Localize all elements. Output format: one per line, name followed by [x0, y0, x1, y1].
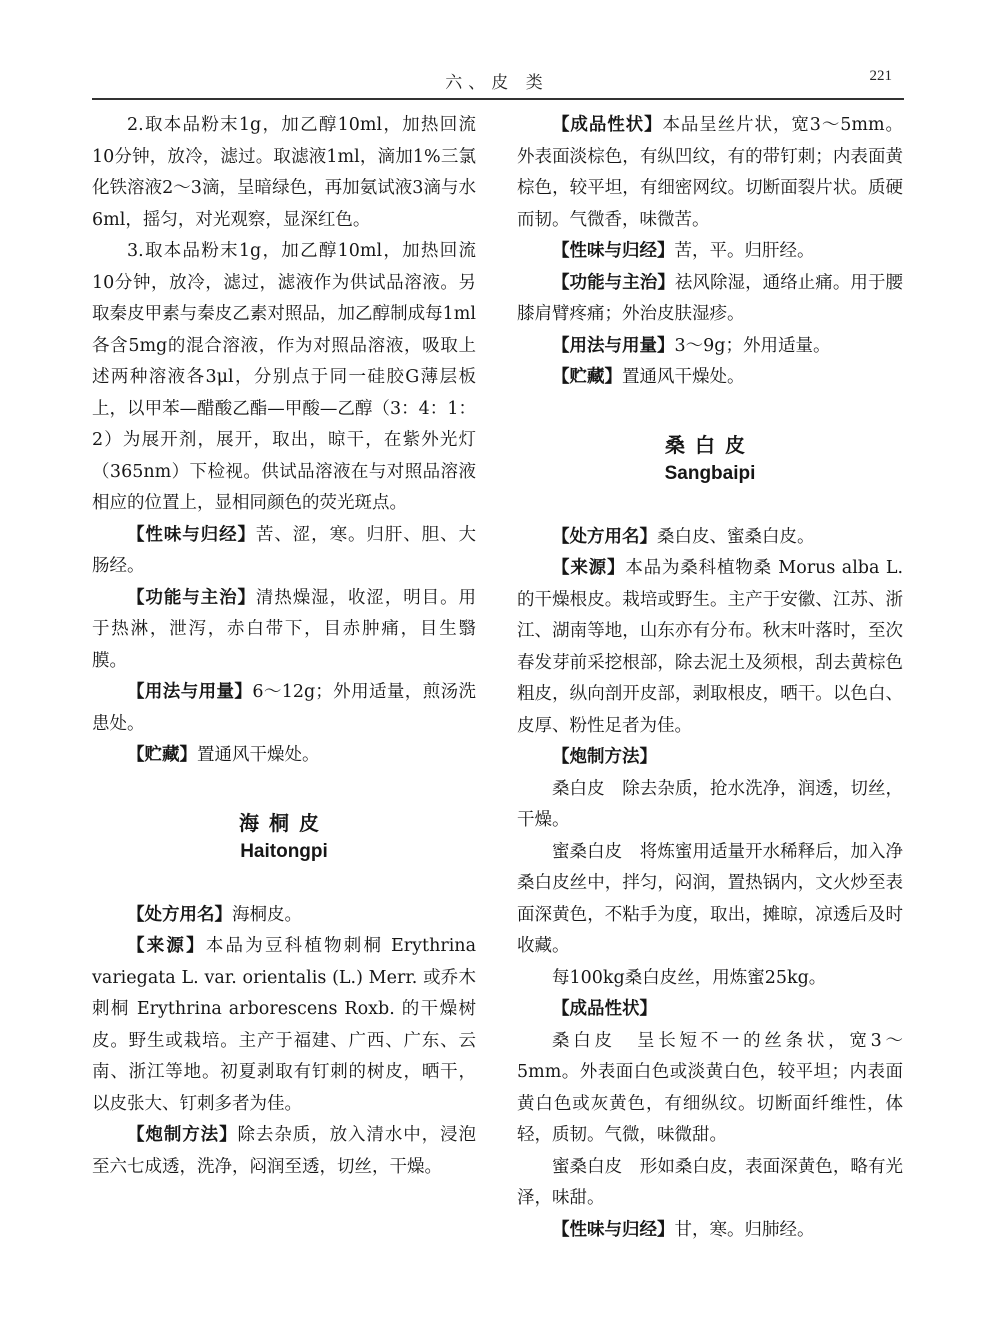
paragraph-product-character: 【成品性状】本品呈丝片状，宽3～5mm。外表面淡棕色，有纵凹纹，有的带钉刺；内表… [517, 110, 903, 236]
paragraph-source: 【来源】本品为豆科植物刺桐 Erythrina variegata L. var… [92, 931, 476, 1120]
paragraph-nature-meridian: 【性味与归经】苦、涩，寒。归肝、胆、大肠经。 [92, 520, 476, 583]
paragraph-product-character-heading: 【成品性状】 [517, 994, 903, 1026]
paragraph-function-indication: 【功能与主治】清热燥湿，收涩，明目。用于热淋，泄泻，赤白带下，目赤肿痛，目生翳膜… [92, 583, 476, 678]
paragraph-processing-heading: 【炮制方法】 [517, 742, 903, 774]
left-column: 2.取本品粉末1g，加乙醇10ml，加热回流10分钟，放冷，滤过。取滤液1ml，… [92, 110, 476, 1183]
paragraph-function-indication: 【功能与主治】祛风除湿，通络止痛。用于腰膝肩臂疼痛；外治皮肤湿疹。 [517, 268, 903, 331]
paragraph-honey-ratio: 每100kg桑白皮丝，用炼蜜25kg。 [517, 963, 903, 995]
section-title-sangbaipi: 桑白皮 [517, 430, 903, 460]
paragraph-character-sangbaipi: 桑白皮 呈长短不一的丝条状，宽3～5mm。外表面白色或淡黄白色，较平坦；内表面黄… [517, 1026, 903, 1152]
paragraph-usage-dosage: 【用法与用量】3～9g；外用适量。 [517, 331, 903, 363]
section-pinyin-sangbaipi: Sangbaipi [517, 460, 903, 488]
paragraph-processing: 【炮制方法】除去杂质，放入清水中，浸泡至六七成透，洗净，闷润至透，切丝，干燥。 [92, 1120, 476, 1183]
paragraph-prescription-name: 【处方用名】桑白皮、蜜桑白皮。 [517, 522, 903, 554]
running-title: 六、皮 类 [92, 68, 902, 93]
paragraph-nature-meridian-sangbaipi: 【性味与归经】甘，寒。归肺经。 [517, 1215, 903, 1247]
paragraph-source: 【来源】本品为桑科植物桑 Morus alba L. 的干燥根皮。栽培或野生。主… [517, 553, 903, 742]
paragraph-processing-honey-sangbaipi: 蜜桑白皮 将炼蜜用适量开水稀释后，加入净桑白皮丝中，拌匀，闷润，置热锅内，文火炒… [517, 837, 903, 963]
paragraph-storage: 【贮藏】置通风干燥处。 [517, 362, 903, 394]
header-rule [92, 98, 904, 100]
paragraph-nature-meridian: 【性味与归经】苦，平。归肝经。 [517, 236, 903, 268]
paragraph-character-honey-sangbaipi: 蜜桑白皮 形如桑白皮，表面深黄色，略有光泽，味甜。 [517, 1152, 903, 1215]
right-column: 【成品性状】本品呈丝片状，宽3～5mm。外表面淡棕色，有纵凹纹，有的带钉刺；内表… [517, 110, 903, 1246]
page-header: 六、皮 类 221 [92, 64, 902, 98]
section-title-haitongpi: 海桐皮 [92, 808, 476, 838]
page-number: 221 [870, 68, 893, 85]
section-pinyin-haitongpi: Haitongpi [92, 838, 476, 866]
paragraph-test-2: 2.取本品粉末1g，加乙醇10ml，加热回流10分钟，放冷，滤过。取滤液1ml，… [92, 110, 476, 236]
paragraph-usage-dosage: 【用法与用量】6～12g；外用适量，煎汤洗患处。 [92, 677, 476, 740]
paragraph-storage: 【贮藏】置通风干燥处。 [92, 740, 476, 772]
paragraph-processing-sangbaipi: 桑白皮 除去杂质，抢水洗净，润透，切丝，干燥。 [517, 774, 903, 837]
paragraph-test-3: 3.取本品粉末1g，加乙醇10ml，加热回流10分钟，放冷，滤过，滤液作为供试品… [92, 236, 476, 520]
paragraph-prescription-name: 【处方用名】海桐皮。 [92, 900, 476, 932]
